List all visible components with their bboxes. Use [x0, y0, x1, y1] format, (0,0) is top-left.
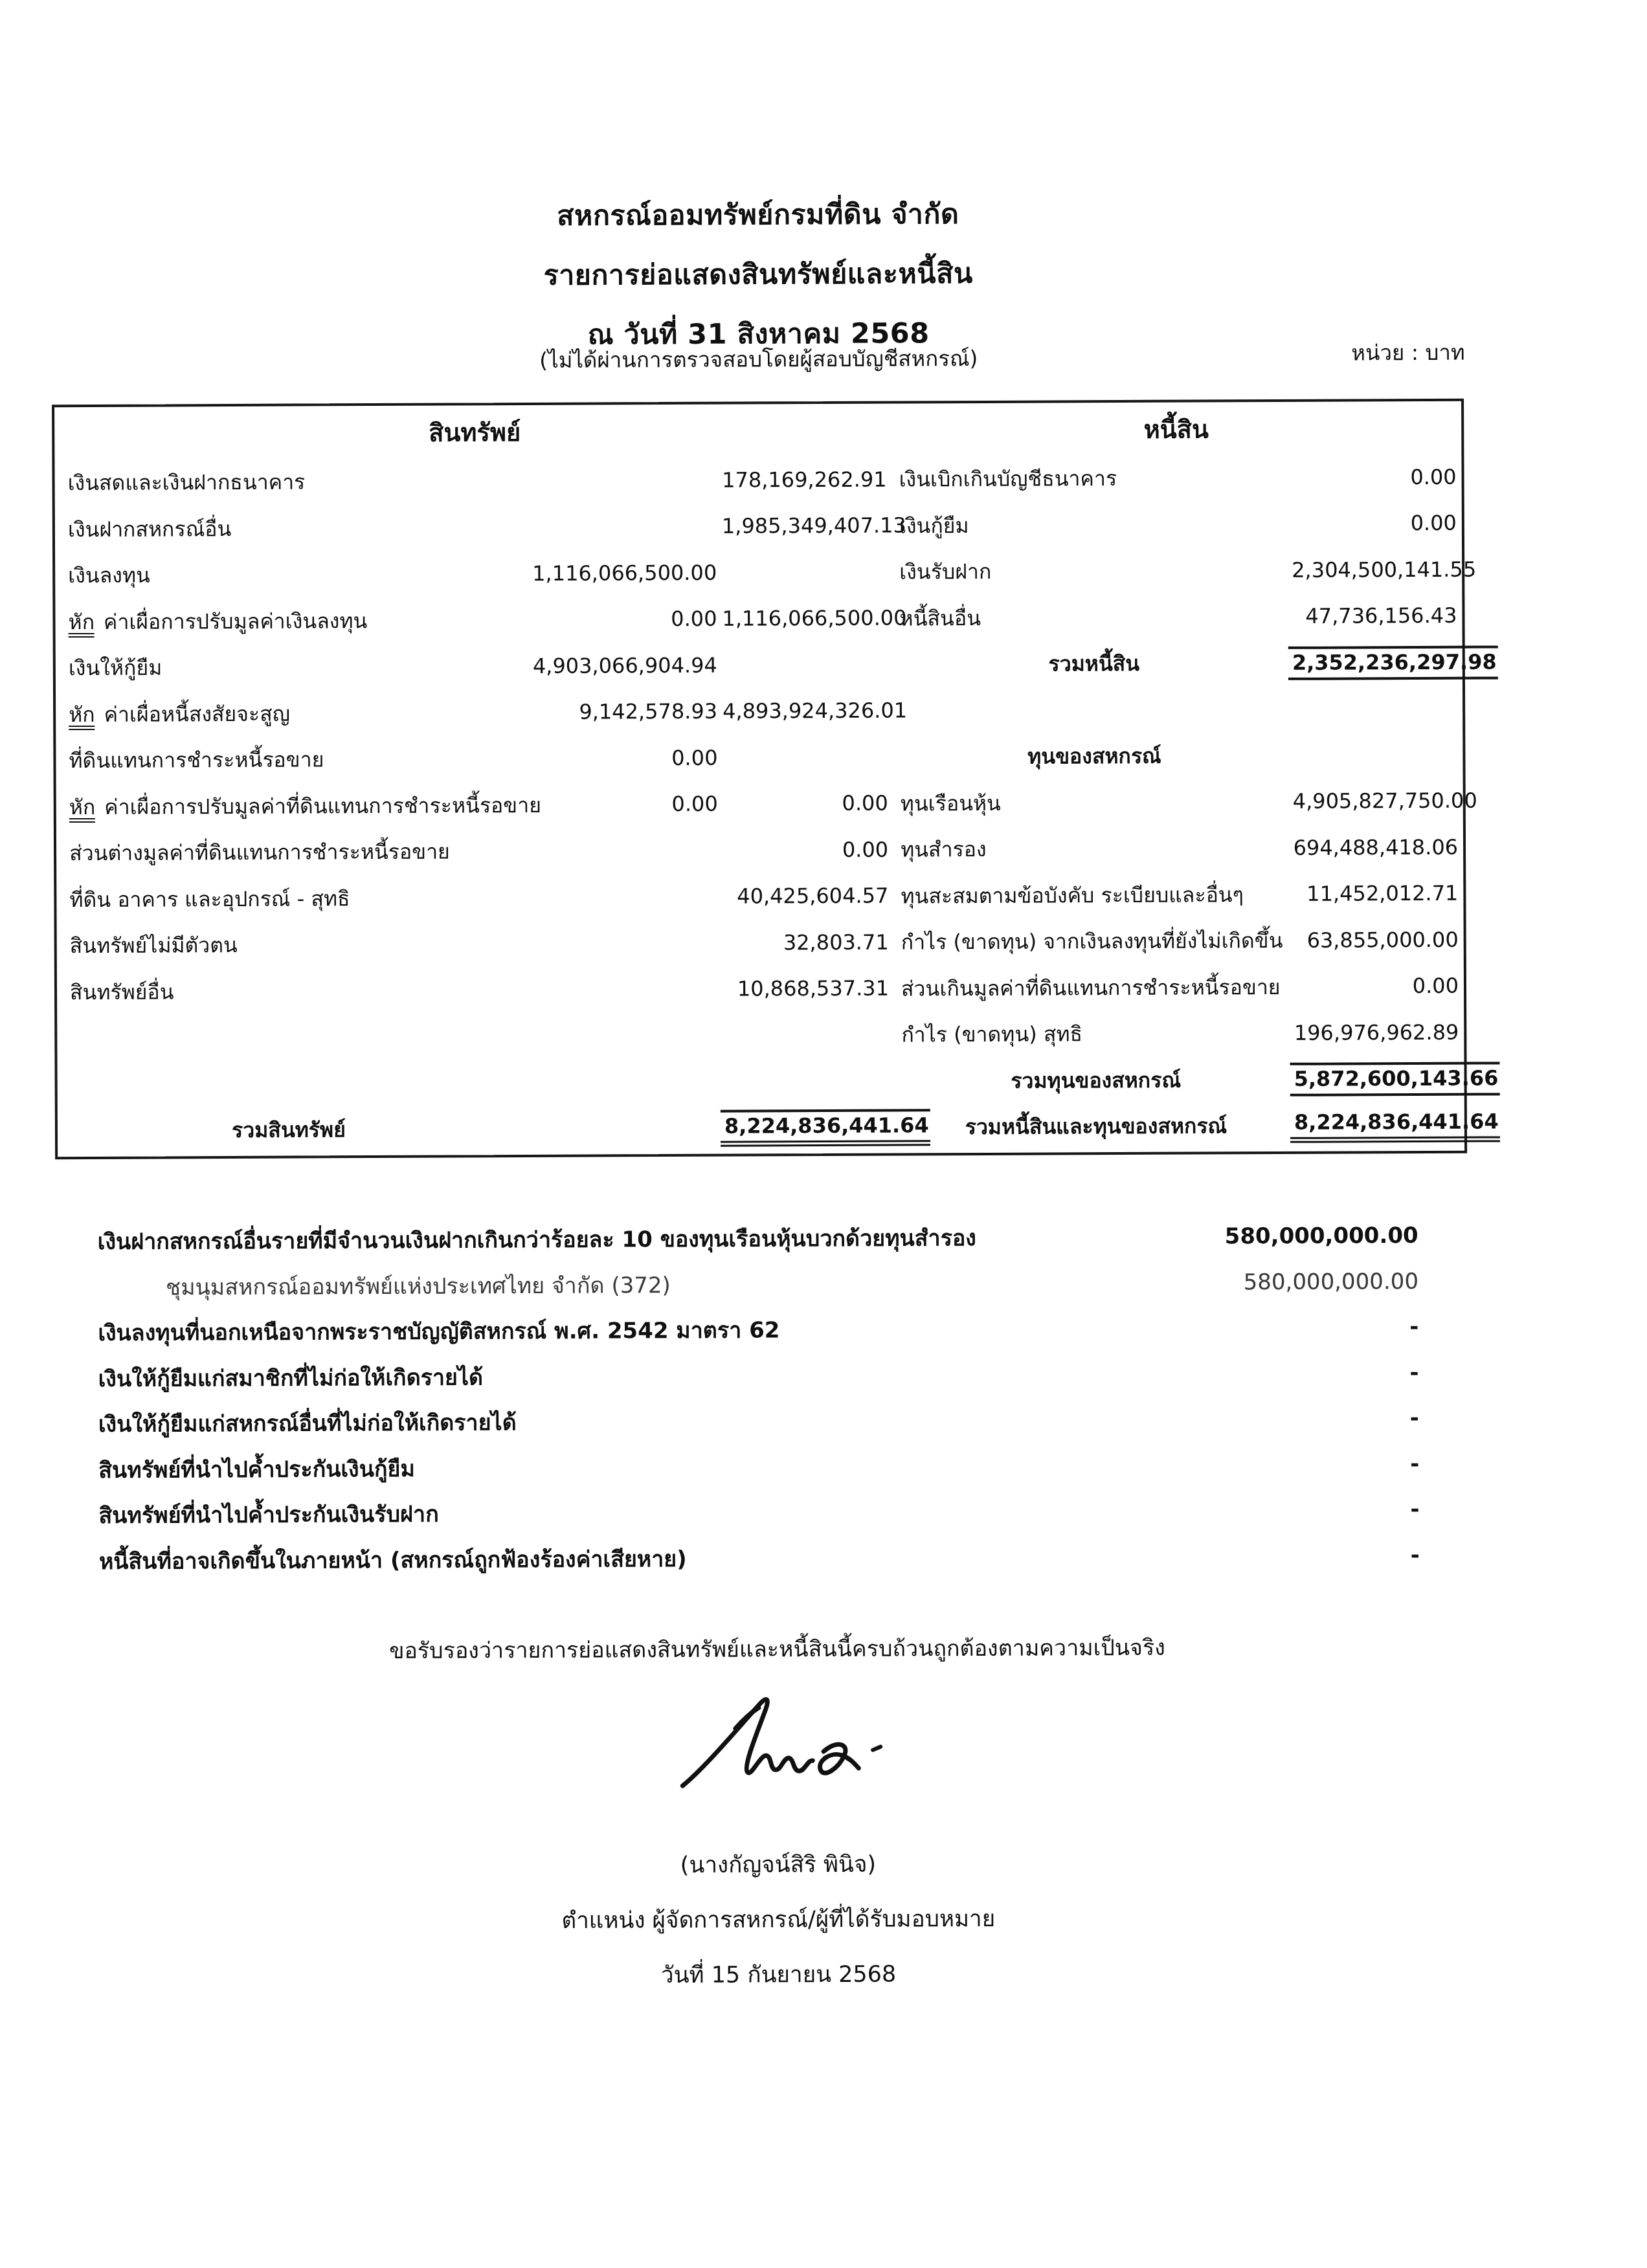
table-row: ส่วนต่างมูลค่าที่ดินแทนการชำระหนี้รอขาย0…	[60, 825, 1463, 877]
table-row: รวมทุนของสหกรณ์5,872,600,143.66	[62, 1056, 1464, 1108]
asset-subcolumn-amount	[507, 1128, 721, 1129]
note-value: -	[1134, 1405, 1419, 1432]
amount-value: 178,169,262.91	[717, 465, 888, 495]
liability-amount: 694,488,418.06	[1289, 833, 1463, 862]
note-label: เงินให้กู้ยืมแก่สหกรณ์อื่นที่ไม่ก่อให้เก…	[98, 1402, 1134, 1441]
asset-amount: 32,803.71	[720, 928, 890, 957]
amount-value: 10,868,537.31	[720, 975, 890, 1004]
amount-value: 9,142,578.93	[548, 698, 719, 727]
liability-amount: 5,872,600,143.66	[1290, 1062, 1464, 1096]
liability-label: ทุนสำรอง	[889, 832, 1289, 867]
table-row: เงินสดและเงินฝากธนาคาร178,169,262.91เงิน…	[58, 454, 1461, 507]
asset-label: ส่วนต่างมูลค่าที่ดินแทนการชำระหนี้รอขาย	[60, 835, 506, 870]
signing-date: วันที่ 15 กันยายน 2568	[4, 1953, 1554, 1996]
note-value: -	[1134, 1451, 1419, 1478]
asset-amount: 178,169,262.91	[717, 465, 887, 495]
amount-value: 4,893,924,326.01	[719, 697, 908, 726]
asset-amount: 0.00	[719, 790, 889, 819]
asset-label	[62, 1083, 507, 1085]
note-label: เงินให้กู้ยืมแก่สมาชิกที่ไม่ก่อให้เกิดรา…	[98, 1357, 1134, 1396]
liability-label: เงินเบิกเกินบัญชีธนาคาร	[887, 461, 1287, 496]
liability-label: กำไร (ขาดทุน) สุทธิ	[890, 1017, 1290, 1052]
amount-value: 0.00	[1287, 463, 1457, 492]
table-row: เงินลงทุน1,116,066,500.00เงินรับฝาก2,304…	[59, 547, 1462, 599]
asset-subcolumn-amount	[507, 1082, 721, 1083]
asset-amount	[719, 757, 888, 758]
liability-label: กำไร (ขาดทุน) จากเงินลงทุนที่ยังไม่เกิดข…	[890, 924, 1290, 959]
asset-label: หักค่าเผื่อการปรับมูลค่าเงินลงทุน	[59, 604, 504, 639]
amount-value: 47,736,156.43	[1288, 602, 1458, 631]
liability-amount: 0.00	[1290, 972, 1464, 1001]
asset-subcolumn-amount: 0.00	[505, 744, 719, 773]
liability-label: ทุนเรือนหุ้น	[889, 786, 1289, 821]
liability-label: ทุนสะสมตามข้อบังคับ ระเบียบและอื่นๆ	[889, 878, 1289, 913]
liability-label: ส่วนเกินมูลค่าที่ดินแทนการชำระหนี้รอขาย	[890, 971, 1290, 1006]
amount-value: 196,976,962.89	[1290, 1018, 1460, 1047]
liability-label: เงินกู้ยืม	[888, 508, 1288, 543]
table-row: สินทรัพย์ไม่มีตัวตน32,803.71กำไร (ขาดทุน…	[61, 917, 1464, 970]
asset-subcolumn-amount: 4,903,066,904.94	[505, 651, 719, 680]
signature-image	[671, 1689, 885, 1810]
amount-value: 0.00	[549, 790, 719, 819]
balance-rows: เงินสดและเงินฝากธนาคาร178,169,262.91เงิน…	[58, 454, 1464, 1155]
scanned-balance-sheet-page: สหกรณ์ออมทรัพย์กรมที่ดิน จำกัด รายการย่อ…	[0, 0, 1647, 2268]
asset-label: สินทรัพย์อื่น	[61, 974, 506, 1009]
asset-subcolumn-amount	[504, 480, 718, 481]
note-value: -	[1134, 1496, 1419, 1524]
asset-label: รวมสินทรัพย์	[62, 1113, 507, 1148]
liabilities-column-header: หนี้สิน	[891, 401, 1461, 457]
note-row: เงินฝากสหกรณ์อื่นรายที่มีจำนวนเงินฝากเกิ…	[98, 1213, 1418, 1264]
amount-value: 0.00	[1290, 972, 1460, 1001]
amount-value: 0.00	[548, 605, 718, 634]
note-value: -	[1135, 1542, 1420, 1570]
supplementary-notes: เงินฝากสหกรณ์อื่นรายที่มีจำนวนเงินฝากเกิ…	[98, 1213, 1420, 1584]
liability-amount: 0.00	[1288, 509, 1462, 539]
amount-value: 8,224,836,441.64	[1290, 1108, 1500, 1143]
asset-label: หักค่าเผื่อหนี้สงสัยจะสูญ	[60, 696, 505, 731]
note-row: เงินให้กู้ยืมแก่สหกรณ์อื่นที่ไม่ก่อให้เก…	[98, 1395, 1419, 1447]
amount-value: 40,425,604.57	[719, 882, 890, 911]
note-value: -	[1134, 1360, 1419, 1387]
asset-amount: 10,868,537.31	[720, 975, 890, 1004]
note-row: สินทรัพย์ที่นำไปค้ำประกันเงินกู้ยืม-	[98, 1441, 1419, 1492]
report-title: รายการย่อแสดงสินทรัพย์และหนี้สิน	[0, 241, 1520, 307]
liability-label	[888, 709, 1288, 711]
table-row: หักค่าเผื่อการปรับมูลค่าเงินลงทุน0.001,1…	[59, 593, 1462, 645]
table-row: รวมสินทรัพย์8,224,836,441.64รวมหนี้สินแล…	[62, 1102, 1464, 1155]
amount-value: 0.00	[548, 744, 719, 773]
note-value: 580,000,000.00	[1134, 1223, 1418, 1250]
table-row: กำไร (ขาดทุน) สุทธิ196,976,962.89	[61, 1010, 1464, 1062]
liability-amount: 63,855,000.00	[1290, 926, 1464, 955]
liability-amount: 8,224,836,441.64	[1290, 1108, 1464, 1143]
asset-label: เงินสดและเงินฝากธนาคาร	[58, 465, 504, 500]
liability-amount: 196,976,962.89	[1290, 1018, 1464, 1047]
certification-statement: ขอรับรองว่ารายการย่อแสดงสินทรัพย์และหนี้…	[2, 1627, 1647, 1669]
signer-position: ตำแหน่ง ผู้จัดการสหกรณ์/ผู้ที่ได้รับมอบห…	[3, 1898, 1553, 1940]
balance-sheet-table: สินทรัพย์ หนี้สิน เงินสดและเงินฝากธนาคาร…	[52, 399, 1467, 1160]
asset-amount: 40,425,604.57	[719, 882, 889, 911]
asset-label: สินทรัพย์ไม่มีตัวตน	[61, 928, 506, 962]
deduction-word-underlined: หัก	[69, 797, 96, 823]
amount-value: 0.00	[719, 790, 890, 819]
liability-label: รวมหนี้สิน	[888, 647, 1288, 682]
liability-label: รวมทุนของสหกรณ์	[890, 1063, 1290, 1098]
liability-amount: 4,905,827,750.00	[1289, 787, 1463, 816]
liability-amount	[1288, 755, 1462, 755]
table-row: ที่ดินแทนการชำระหนี้รอขาย0.00ทุนของสหกรณ…	[60, 732, 1462, 784]
note-value: 580,000,000.00	[1134, 1269, 1418, 1296]
liability-label: รวมหนี้สินและทุนของสหกรณ์	[890, 1109, 1290, 1144]
liability-amount: 47,736,156.43	[1288, 602, 1462, 631]
currency-unit-label: หน่วย : บาท	[1351, 335, 1465, 370]
asset-subcolumn-amount	[506, 990, 720, 990]
note-label: สินทรัพย์ที่นำไปค้ำประกันเงินกู้ยืม	[98, 1448, 1134, 1487]
note-row: ชุมนุมสหกรณ์ออมทรัพย์แห่งประเทศไทย จำกัด…	[98, 1258, 1418, 1309]
asset-label: ที่ดินแทนการชำระหนี้รอขาย	[60, 742, 505, 777]
asset-amount: 1,116,066,500.00	[718, 605, 888, 634]
asset-subcolumn-amount	[506, 1036, 720, 1036]
table-row: หักค่าเผื่อการปรับมูลค่าที่ดินแทนการชำระ…	[60, 778, 1463, 830]
asset-amount: 8,224,836,441.64	[721, 1109, 890, 1147]
liability-label: ทุนของสหกรณ์	[888, 739, 1288, 774]
liability-amount	[1288, 709, 1462, 709]
amount-value: 694,488,418.06	[1289, 833, 1459, 862]
asset-label: เงินให้กู้ยืม	[60, 650, 505, 685]
asset-label: เงินลงทุน	[59, 557, 504, 592]
amount-value: 2,304,500,141.55	[1288, 555, 1477, 584]
note-row: เงินให้กู้ยืมแก่สมาชิกที่ไม่ก่อให้เกิดรา…	[98, 1350, 1418, 1401]
deduction-word-underlined: หัก	[69, 704, 95, 731]
note-label: สินทรัพย์ที่นำไปค้ำประกันเงินรับฝาก	[98, 1493, 1134, 1533]
assets-column-header: สินทรัพย์	[58, 404, 891, 461]
note-row: หนี้สินที่อาจเกิดขึ้นในภายหน้า (สหกรณ์ถู…	[99, 1532, 1420, 1583]
table-row: หักค่าเผื่อหนี้สงสัยจะสูญ9,142,578.934,8…	[60, 685, 1462, 738]
asset-subcolumn-amount	[506, 943, 720, 944]
asset-subcolumn-amount	[506, 897, 719, 898]
amount-value: 0.00	[719, 836, 890, 865]
amount-value: 1,116,066,500.00	[528, 559, 718, 588]
note-row: สินทรัพย์ที่นำไปค้ำประกันเงินรับฝาก-	[98, 1487, 1419, 1538]
amount-value: 4,903,066,904.94	[529, 651, 719, 680]
asset-label: หักค่าเผื่อการปรับมูลค่าที่ดินแทนการชำระ…	[60, 789, 506, 824]
signature-block: (นางกัญจน์สิริ พินิจ) ตำแหน่ง ผู้จัดการส…	[3, 1685, 1647, 1996]
note-row: เงินลงทุนที่นอกเหนือจากพระราชบัญญัติสหกร…	[98, 1304, 1418, 1355]
note-label: เงินฝากสหกรณ์อื่นรายที่มีจำนวนเงินฝากเกิ…	[98, 1219, 1134, 1259]
table-row: ที่ดิน อาคาร และอุปกรณ์ - สุทธิ40,425,60…	[60, 871, 1463, 923]
amount-value: 32,803.71	[720, 928, 890, 957]
liability-amount: 2,304,500,141.55	[1288, 555, 1462, 584]
deduction-word-underlined: หัก	[68, 612, 95, 638]
asset-label	[61, 1037, 506, 1039]
amount-value: 2,352,236,297.98	[1288, 645, 1498, 680]
signer-name: (นางกัญจน์สิริ พินิจ)	[3, 1843, 1553, 1885]
table-header-row: สินทรัพย์ หนี้สิน	[58, 401, 1461, 460]
asset-amount	[721, 1082, 890, 1082]
table-row: เงินฝากสหกรณ์อื่น1,985,349,407.13เงินกู้…	[59, 500, 1462, 553]
amount-value: 11,452,012.71	[1289, 880, 1459, 909]
organization-title: สหกรณ์ออมทรัพย์กรมที่ดิน จำกัด	[0, 181, 1520, 247]
liability-label: เงินรับฝาก	[888, 554, 1288, 589]
liability-label: หนี้สินอื่น	[888, 601, 1288, 636]
amount-value: 1,985,349,407.13	[718, 512, 908, 541]
table-row: เงินให้กู้ยืม4,903,066,904.94รวมหนี้สิน2…	[60, 639, 1462, 692]
asset-amount	[720, 1035, 890, 1036]
asset-amount: 0.00	[719, 836, 889, 865]
note-label: เงินลงทุนที่นอกเหนือจากพระราชบัญญัติสหกร…	[98, 1311, 1134, 1350]
asset-subcolumn-amount: 9,142,578.93	[505, 698, 719, 727]
asset-amount: 1,985,349,407.13	[718, 512, 888, 541]
liability-amount: 2,352,236,297.98	[1288, 645, 1462, 680]
asset-subcolumn-amount	[504, 527, 718, 528]
note-label: หนี้สินที่อาจเกิดขึ้นในภายหน้า (สหกรณ์ถู…	[99, 1539, 1135, 1579]
asset-subcolumn-amount	[506, 850, 719, 851]
amount-value: 0.00	[1288, 509, 1458, 539]
amount-value: 5,872,600,143.66	[1290, 1062, 1500, 1096]
note-label: ชุมนุมสหกรณ์ออมทรัพย์แห่งประเทศไทย จำกัด…	[98, 1265, 1134, 1305]
asset-amount	[719, 665, 888, 665]
amount-value: 1,116,066,500.00	[718, 605, 908, 634]
asset-subcolumn-amount: 1,116,066,500.00	[504, 559, 718, 588]
amount-value: 4,905,827,750.00	[1289, 787, 1479, 816]
note-value: -	[1134, 1314, 1418, 1341]
table-row: สินทรัพย์อื่น10,868,537.31ส่วนเกินมูลค่า…	[61, 963, 1464, 1016]
asset-label: เงินฝากสหกรณ์อื่น	[59, 511, 504, 546]
asset-subcolumn-amount: 0.00	[504, 605, 718, 634]
liability-amount: 0.00	[1287, 463, 1461, 492]
asset-amount: 4,893,924,326.01	[719, 697, 888, 726]
amount-value: 63,855,000.00	[1290, 926, 1460, 955]
asset-label: ที่ดิน อาคาร และอุปกรณ์ - สุทธิ	[60, 882, 506, 917]
asset-amount	[718, 572, 888, 573]
asset-subcolumn-amount: 0.00	[506, 790, 719, 819]
liability-amount: 11,452,012.71	[1289, 880, 1463, 909]
